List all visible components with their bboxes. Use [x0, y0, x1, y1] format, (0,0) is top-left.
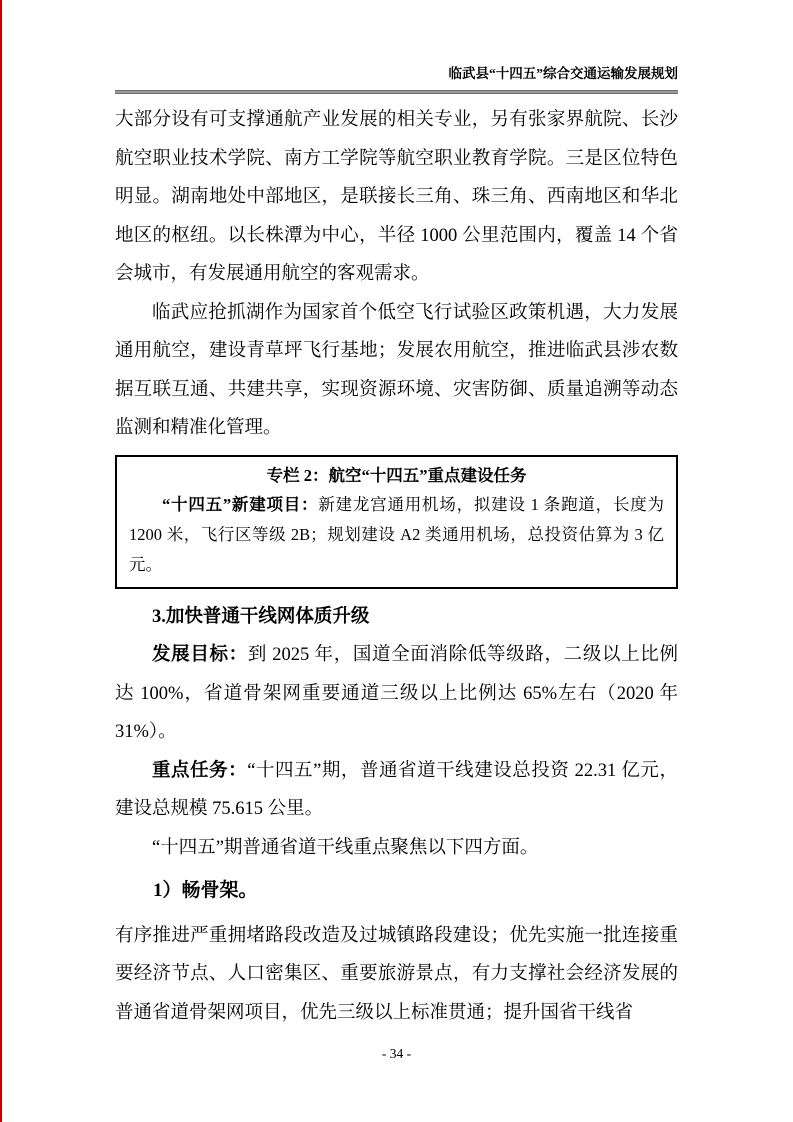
header-divider-rule: [115, 90, 678, 94]
callout-box-body-lead: “十四五”新建项目：: [162, 495, 318, 514]
paragraph-goals: 发展目标：到 2025 年，国道全面消除低等级路，二级以上比例达 100%，省道…: [115, 636, 678, 752]
section-heading-3: 3.加快普通干线网体质升级: [115, 598, 678, 637]
document-page: 临武县“十四五”综合交通运输发展规划 大部分设有可支撑通航产业发展的相关专业，另…: [0, 0, 793, 1122]
paragraph: 大部分设有可支撑通航产业发展的相关专业，另有张家界航院、长沙航空职业技术学院、南…: [115, 101, 678, 294]
subsection-heading-1: 1）畅骨架。: [115, 872, 678, 911]
paragraph: 临武应抢抓湖作为国家首个低空飞行试验区政策机遇，大力发展通用航空，建设青草坪飞行…: [115, 294, 678, 448]
paragraph: “十四五”期普通省道干线重点聚焦以下四方面。: [115, 829, 678, 868]
paragraph-goals-lead: 发展目标：: [152, 645, 248, 665]
paragraph-tasks-lead: 重点任务：: [152, 761, 247, 781]
page-header-title: 临武县“十四五”综合交通运输发展规划: [115, 0, 678, 84]
callout-box-title: 专栏 2：航空“十四五”重点建设任务: [129, 462, 664, 490]
left-accent-line: [0, 0, 2, 1122]
paragraph: 有序推进严重拥堵路段改造及过城镇路段建设；优先实施一批连接重要经济节点、人口密集…: [115, 917, 678, 1033]
page-number: - 34 -: [0, 1044, 793, 1064]
paragraph-tasks: 重点任务：“十四五”期，普通省道干线建设总投资 22.31 亿元，建设总规模 7…: [115, 752, 678, 829]
callout-box-column2: 专栏 2：航空“十四五”重点建设任务 “十四五”新建项目：新建龙宫通用机场，拟建…: [115, 455, 678, 589]
document-body: 大部分设有可支撑通航产业发展的相关专业，另有张家界航院、长沙航空职业技术学院、南…: [115, 101, 678, 1032]
callout-box-body: “十四五”新建项目：新建龙宫通用机场，拟建设 1 条跑道，长度为 1200 米，…: [129, 490, 664, 580]
